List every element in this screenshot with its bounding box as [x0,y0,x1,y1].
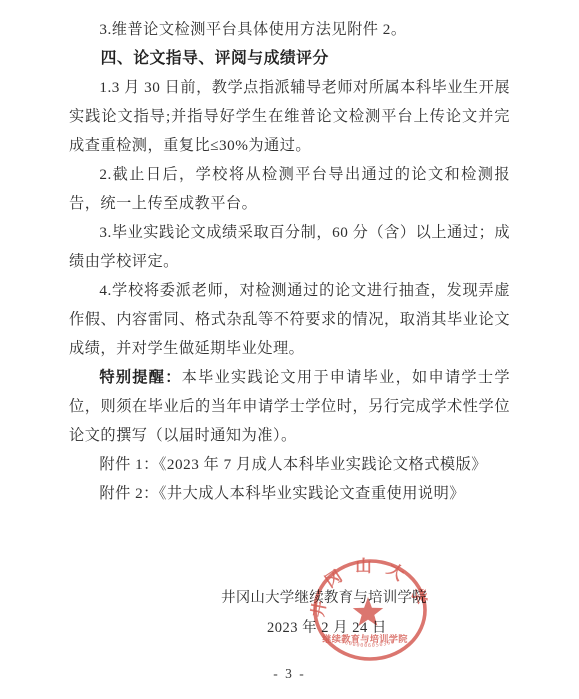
paragraph-item-4: 4.学校将委派老师，对检测通过的论文进行抽查，发现弄虚作假、内容雷同、格式杂乱等… [69,276,510,363]
paragraph-item-1: 1.3 月 30 日前，教学点指派辅导老师对所属本科毕业生开展实践论文指导;并指… [69,73,510,160]
paragraph-intro: 3.维普论文检测平台具体使用方法见附件 2。 [69,15,510,44]
page-number: - 3 - [0,666,579,682]
paragraph-item-2: 2.截止日后，学校将从检测平台导出通过的论文和检测报告，统一上传至成教平台。 [69,160,510,218]
section-heading: 四、论文指导、评阅与成绩评分 [69,44,510,73]
attachment-line-2: 附件 2：《井大成人本科毕业实践论文查重使用说明》 [69,479,510,508]
special-note-label: 特别提醒： [99,369,181,386]
document-body: 3.维普论文检测平台具体使用方法见附件 2。 四、论文指导、评阅与成绩评分 1.… [69,15,510,508]
document-page: 3.维普论文检测平台具体使用方法见附件 2。 四、论文指导、评阅与成绩评分 1.… [0,0,579,699]
official-seal-stamp: 井冈山大学 继续教育与培训学院 36080006050368 [307,547,433,673]
attachment-line-1: 附件 1：《2023 年 7 月成人本科毕业实践论文格式模版》 [69,450,510,479]
special-note-paragraph: 特别提醒：本毕业实践论文用于申请毕业，如申请学士学位，则须在毕业后的当年申请学士… [69,363,510,450]
date-line: 2023 年 2 月 24 日 [267,616,387,637]
signature-line: 井冈山大学继续教育与培训学院 [221,586,427,607]
paragraph-item-3: 3.毕业实践论文成绩采取百分制，60 分（含）以上通过；成绩由学校评定。 [69,218,510,276]
seal-serial-number: 36080006050368 [340,639,395,649]
seal-ring [315,561,425,659]
